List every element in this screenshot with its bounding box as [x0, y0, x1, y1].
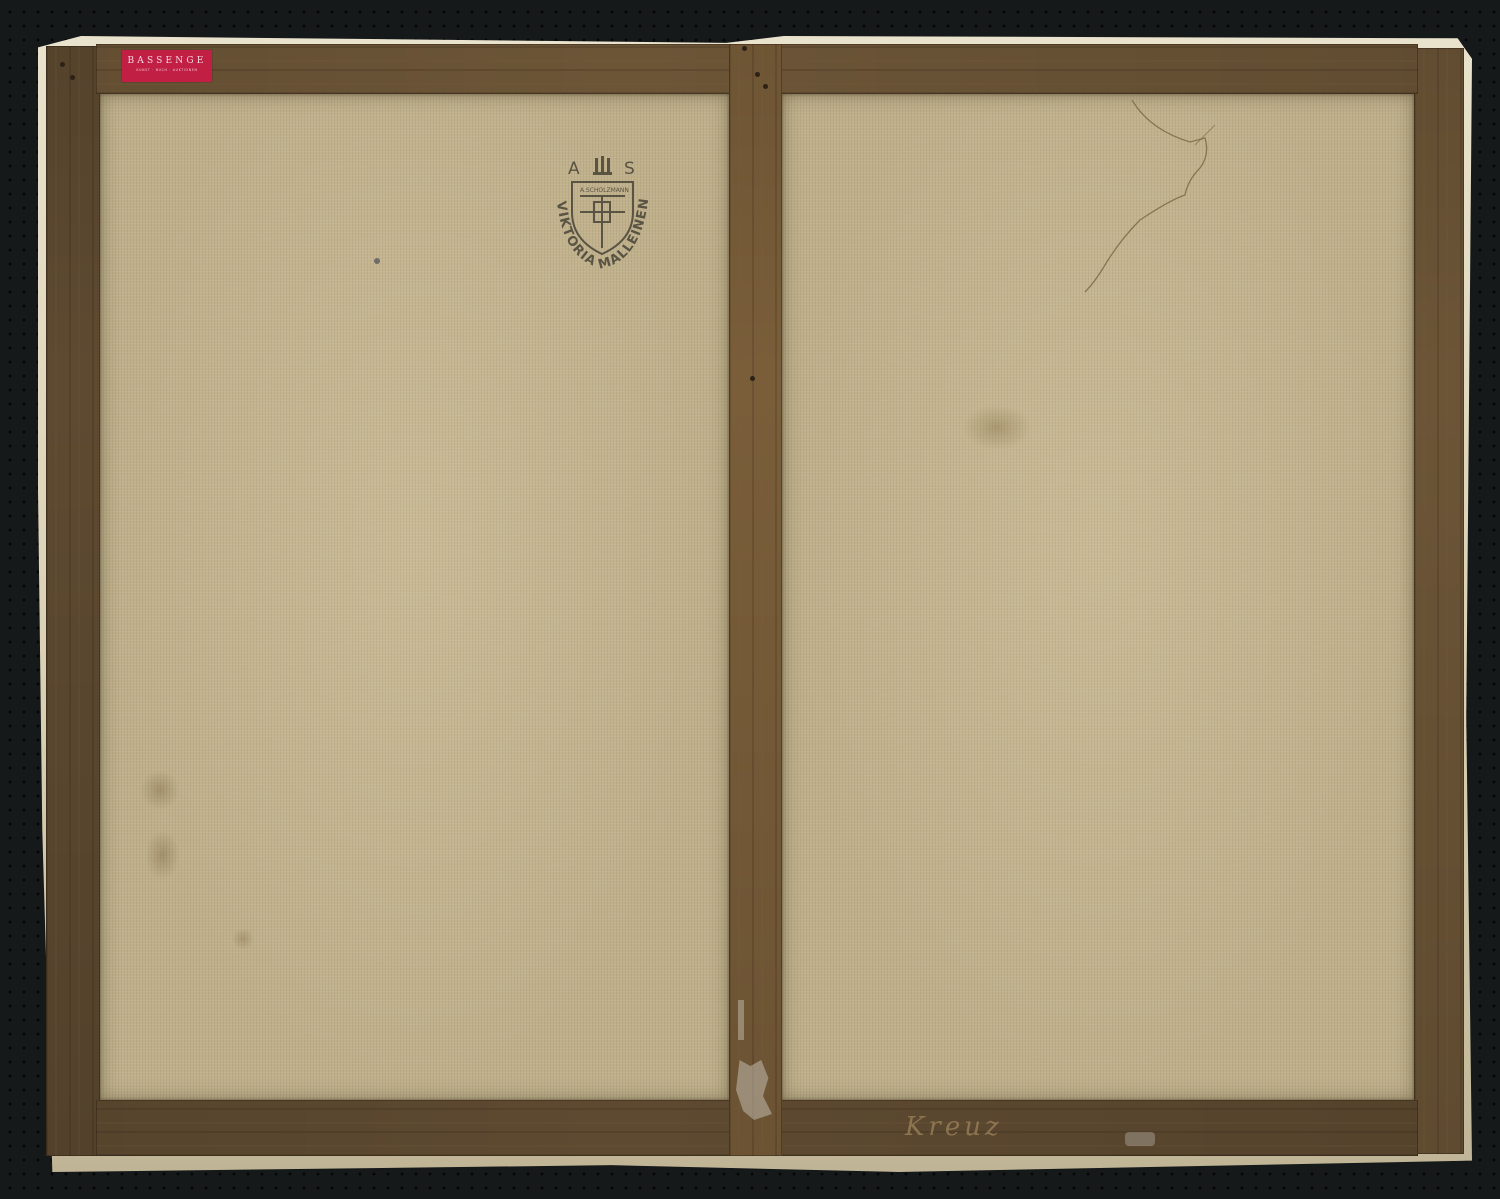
- canvas-stain: [232, 928, 254, 950]
- canvas-stain: [140, 770, 180, 810]
- canvas-stain: [145, 830, 180, 880]
- stretcher-center-crossbar: [729, 44, 782, 1156]
- stretcher-right-bar: [1414, 48, 1464, 1154]
- stretcher-left-bar: [46, 46, 100, 1156]
- paint-splatter: [738, 1000, 744, 1040]
- paint-splatter: [1125, 1132, 1155, 1146]
- canvas-maker-stamp: A S A.SCHOLZMANN VIKTORIA MALLEINEN: [550, 150, 655, 275]
- svg-text:A: A: [568, 159, 580, 179]
- nail-hole: [763, 84, 768, 89]
- nail-hole: [60, 62, 65, 67]
- auction-house-label: BASSENGE KUNST · BUCH · AUKTIONEN: [122, 50, 212, 82]
- canvas-crack: [1060, 100, 1240, 300]
- canvas-spot: [374, 258, 380, 264]
- canvas-stain: [962, 405, 1032, 450]
- svg-text:A.SCHOLZMANN: A.SCHOLZMANN: [580, 187, 629, 194]
- shield-stamp-icon: A S A.SCHOLZMANN VIKTORIA MALLEINEN: [550, 150, 655, 275]
- svg-text:S: S: [624, 159, 635, 179]
- pencil-inscription: Kreuz: [905, 1112, 1003, 1142]
- nail-hole: [70, 75, 75, 80]
- nail-hole: [755, 72, 760, 77]
- nail-hole: [750, 376, 755, 381]
- nail-hole: [742, 46, 747, 51]
- label-brand: BASSENGE: [122, 50, 212, 66]
- label-subtitle: KUNST · BUCH · AUKTIONEN: [122, 69, 212, 72]
